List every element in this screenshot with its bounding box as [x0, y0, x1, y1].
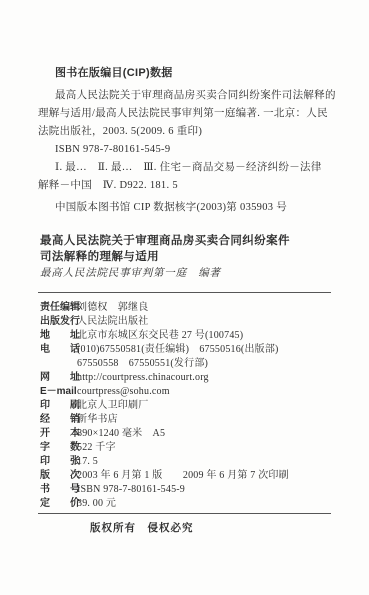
row-value: http://courtpress.chinacourt.org [77, 371, 209, 385]
copyright-page: 图书在版编目(CIP)数据 最高人民法院关于审理商品房买卖合同纠纷案件司法解释的… [38, 64, 331, 535]
row-label: 出版发行 [40, 315, 77, 329]
colophon-row: 版 次 2003 年 6 月第 1 版 2009 年 6 月第 7 次印刷 [38, 469, 331, 483]
row-value: 人民法院出版社 [77, 315, 148, 329]
row-value: 新华书店 [77, 413, 118, 427]
row-value: ISBN 978-7-80161-545-9 [77, 483, 185, 497]
book-title-line-2: 司法解释的理解与适用 [38, 249, 331, 265]
colophon-row: E－mail courtpress@sohu.com [38, 385, 331, 399]
row-label: 印 张 [40, 455, 77, 469]
row-value: 890×1240 毫米 A5 [77, 427, 165, 441]
row-label: 开 本 [40, 427, 77, 441]
book-author-line: 最高人民法院民事审判第一庭 编著 [38, 266, 331, 282]
colophon-row: 经 销 新华书店 [38, 413, 331, 427]
row-value: 北京市东城区东交民巷 27 号(100745) [77, 329, 243, 343]
divider-bottom [38, 513, 331, 514]
colophon-row: 责任编辑 刘德权 郭继良 [38, 301, 331, 315]
row-label: 电 话 [40, 343, 77, 357]
book-title-line-1: 最高人民法院关于审理商品房买卖合同纠纷案件 [38, 233, 331, 249]
row-label: E－mail [40, 385, 77, 399]
colophon-row: 网 址 http://courtpress.chinacourt.org [38, 371, 331, 385]
cip-line: 法院出版社，2003. 5(2009. 6 重印) [38, 123, 331, 141]
colophon-table: 责任编辑 刘德权 郭继良 出版发行 人民法院出版社 地 址 北京市东城区东交民巷… [38, 297, 331, 511]
copyright-notice: 版权所有 侵权必究 [38, 521, 331, 535]
cip-class-line: Ⅰ. 最… Ⅱ. 最… Ⅲ. 住宅－商品交易－经济纠纷－法律 [38, 159, 331, 177]
cip-line: 最高人民法院关于审理商品房买卖合同纠纷案件司法解释的 [38, 87, 331, 105]
row-value: 2003 年 6 月第 1 版 2009 年 6 月第 7 次印刷 [77, 469, 289, 483]
row-value: (010)67550581(责任编辑) 67550516(出版部) [77, 343, 279, 357]
row-label: 字 数 [40, 441, 77, 455]
row-value: 17. 5 [77, 455, 98, 469]
row-value-continuation: 67550558 67550551(发行部) [38, 357, 331, 371]
colophon-row: 地 址 北京市东城区东交民巷 27 号(100745) [38, 329, 331, 343]
colophon-row: 定 价 39. 00 元 [38, 497, 331, 511]
row-label: 地 址 [40, 329, 77, 343]
row-label: 经 销 [40, 413, 77, 427]
cip-class-line: 解释－中国 Ⅳ. D922. 181. 5 [38, 177, 331, 195]
title-block: 最高人民法院关于审理商品房买卖合同纠纷案件 司法解释的理解与适用 最高人民法院民… [38, 233, 331, 282]
row-label: 责任编辑 [40, 301, 77, 315]
colophon-row: 电 话 (010)67550581(责任编辑) 67550516(出版部) [38, 343, 331, 357]
colophon-row: 印 张 17. 5 [38, 455, 331, 469]
colophon-row: 出版发行 人民法院出版社 [38, 315, 331, 329]
cip-line: 理解与适用/最高人民法院民事审判第一庭编著. 一北京：人民 [38, 105, 331, 123]
cip-header: 图书在版编目(CIP)数据 [38, 64, 331, 82]
cip-isbn-line: ISBN 978-7-80161-545-9 [38, 141, 331, 159]
row-value: 39. 00 元 [77, 497, 116, 511]
row-label: 网 址 [40, 371, 77, 385]
row-label: 印 刷 [40, 399, 77, 413]
cip-classification: Ⅰ. 最… Ⅱ. 最… Ⅲ. 住宅－商品交易－经济纠纷－法律 解释－中国 Ⅳ. … [38, 159, 331, 195]
row-value: 刘德权 郭继良 [77, 301, 148, 315]
cip-record-number: 中国版本图书馆 CIP 数据核字(2003)第 035903 号 [38, 199, 331, 217]
colophon-row: 书 号 ISBN 978-7-80161-545-9 [38, 483, 331, 497]
row-label: 定 价 [40, 497, 77, 511]
row-label: 版 次 [40, 469, 77, 483]
cip-paragraph: 最高人民法院关于审理商品房买卖合同纠纷案件司法解释的 理解与适用/最高人民法院民… [38, 87, 331, 159]
row-label: 书 号 [40, 483, 77, 497]
colophon-row: 印 刷 北京人卫印刷厂 [38, 399, 331, 413]
divider-top [38, 292, 331, 293]
row-value: courtpress@sohu.com [77, 385, 170, 399]
row-value: 522 千字 [77, 441, 116, 455]
colophon-row: 开 本 890×1240 毫米 A5 [38, 427, 331, 441]
row-value: 北京人卫印刷厂 [77, 399, 148, 413]
colophon-row: 字 数 522 千字 [38, 441, 331, 455]
